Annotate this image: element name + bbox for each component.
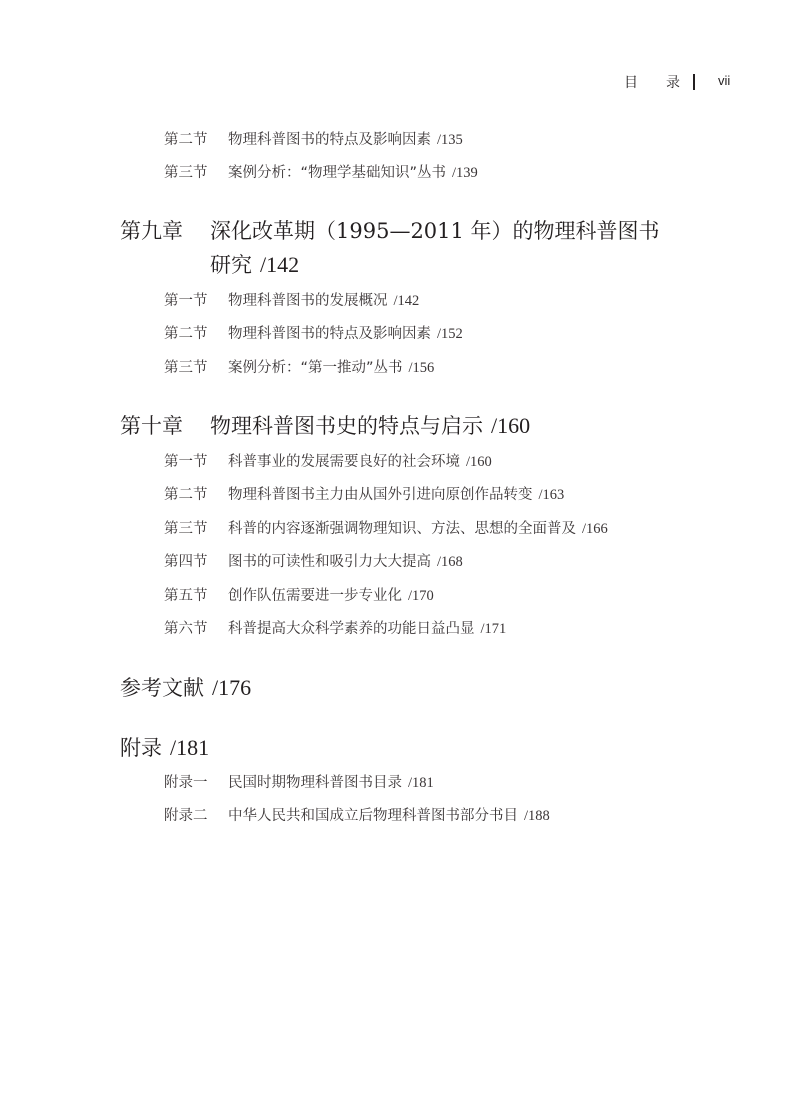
appendix-page: /181 <box>170 735 209 760</box>
header-divider <box>693 74 695 90</box>
toc-section-entry[interactable]: 第二节物理科普图书主力由从国外引进向原创作品转变/163 <box>164 483 564 504</box>
appendix-title: 附录 <box>120 736 162 760</box>
header-title-char2: 录 <box>666 72 680 92</box>
appendix-item-page: /181 <box>408 775 434 791</box>
section-page: /168 <box>437 554 463 570</box>
section-title: 案例分析：“物理学基础知识”丛书 <box>228 165 446 181</box>
section-title: 科普的内容逐渐强调物理知识、方法、思想的全面普及 <box>228 521 576 537</box>
section-page: /170 <box>408 588 434 604</box>
appendix-number: 附录一 <box>164 771 228 792</box>
toc-section-entry[interactable]: 第二节物理科普图书的特点及影响因素/152 <box>164 322 463 343</box>
section-page: /160 <box>466 454 492 470</box>
section-page: /171 <box>481 621 507 637</box>
toc-section-entry[interactable]: 第二节物理科普图书的特点及影响因素/135 <box>164 128 463 149</box>
section-number: 第一节 <box>164 450 228 471</box>
toc-section-entry[interactable]: 第一节物理科普图书的发展概况/142 <box>164 289 419 310</box>
toc-chapter-10[interactable]: 第十章物理科普图书史的特点与启示/160 <box>120 410 530 440</box>
section-page: /135 <box>437 132 463 148</box>
section-number: 第三节 <box>164 517 228 538</box>
toc-chapter-9[interactable]: 第九章深化改革期（1995—2011 年）的物理科普图书 <box>120 215 660 245</box>
section-title: 物理科普图书主力由从国外引进向原创作品转变 <box>228 487 533 503</box>
appendix-item-title: 民国时期物理科普图书目录 <box>228 775 402 791</box>
chapter-number: 第九章 <box>120 215 210 245</box>
section-page: /166 <box>582 521 608 537</box>
section-number: 第五节 <box>164 584 228 605</box>
section-number: 第六节 <box>164 617 228 638</box>
toc-appendix[interactable]: 附录/181 <box>120 732 209 762</box>
toc-references[interactable]: 参考文献/176 <box>120 672 251 702</box>
section-page: /163 <box>539 487 565 503</box>
toc-section-entry[interactable]: 第六节科普提高大众科学素养的功能日益凸显/171 <box>164 617 506 638</box>
section-title: 科普事业的发展需要良好的社会环境 <box>228 454 460 470</box>
section-page: /152 <box>437 326 463 342</box>
chapter-number: 第十章 <box>120 410 210 440</box>
section-title: 科普提高大众科学素养的功能日益凸显 <box>228 621 475 637</box>
running-header: 目 录 vii <box>0 72 800 94</box>
section-number: 第一节 <box>164 289 228 310</box>
chapter-title: 物理科普图书史的特点与启示 <box>210 414 483 438</box>
references-title: 参考文献 <box>120 676 204 700</box>
toc-chapter-9-continued[interactable]: 研究/142 <box>210 249 299 279</box>
toc-section-entry[interactable]: 第一节科普事业的发展需要良好的社会环境/160 <box>164 450 492 471</box>
section-number: 第三节 <box>164 356 228 377</box>
section-page: /142 <box>394 293 420 309</box>
section-title: 创作队伍需要进一步专业化 <box>228 588 402 604</box>
section-title: 案例分析：“第一推动”丛书 <box>228 360 403 376</box>
toc-appendix-entry[interactable]: 附录一民国时期物理科普图书目录/181 <box>164 771 434 792</box>
chapter-page: /142 <box>260 252 299 277</box>
toc-section-entry[interactable]: 第五节创作队伍需要进一步专业化/170 <box>164 584 434 605</box>
chapter-title: 深化改革期（1995—2011 年）的物理科普图书 <box>210 219 660 243</box>
section-page: /139 <box>452 165 478 181</box>
chapter-title-continued: 研究 <box>210 253 252 277</box>
section-number: 第二节 <box>164 483 228 504</box>
header-page-number: vii <box>718 73 730 88</box>
appendix-item-page: /188 <box>524 808 550 824</box>
section-number: 第二节 <box>164 322 228 343</box>
section-title: 图书的可读性和吸引力大大提高 <box>228 554 431 570</box>
section-title: 物理科普图书的特点及影响因素 <box>228 132 431 148</box>
section-title: 物理科普图书的发展概况 <box>228 293 388 309</box>
toc-section-entry[interactable]: 第三节案例分析：“第一推动”丛书/156 <box>164 356 434 377</box>
toc-section-entry[interactable]: 第三节科普的内容逐渐强调物理知识、方法、思想的全面普及/166 <box>164 517 608 538</box>
section-number: 第二节 <box>164 128 228 149</box>
references-page: /176 <box>212 675 251 700</box>
section-number: 第四节 <box>164 550 228 571</box>
section-title: 物理科普图书的特点及影响因素 <box>228 326 431 342</box>
chapter-page: /160 <box>491 413 530 438</box>
appendix-number: 附录二 <box>164 804 228 825</box>
toc-section-entry[interactable]: 第四节图书的可读性和吸引力大大提高/168 <box>164 550 463 571</box>
header-title-char1: 目 <box>624 72 638 92</box>
section-number: 第三节 <box>164 161 228 182</box>
toc-appendix-entry[interactable]: 附录二中华人民共和国成立后物理科普图书部分书目/188 <box>164 804 550 825</box>
toc-section-entry[interactable]: 第三节案例分析：“物理学基础知识”丛书/139 <box>164 161 478 182</box>
appendix-item-title: 中华人民共和国成立后物理科普图书部分书目 <box>228 808 518 824</box>
section-page: /156 <box>409 360 435 376</box>
